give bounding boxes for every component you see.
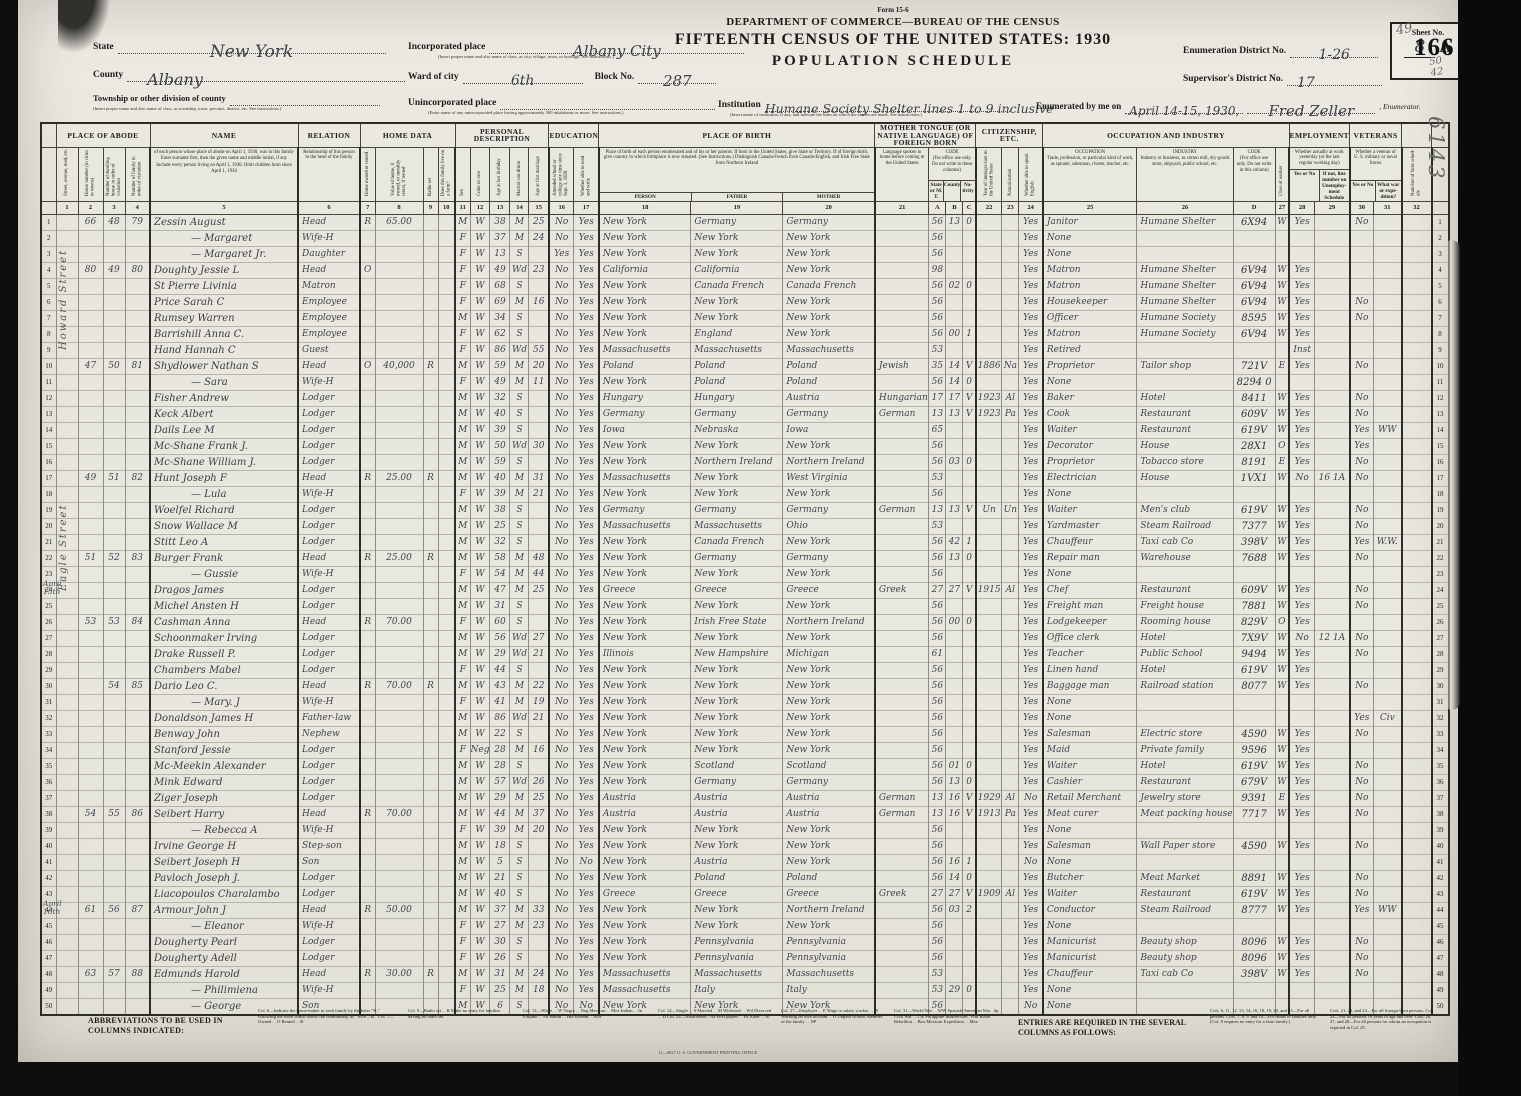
cell-mb: New York [783, 678, 875, 694]
unincorporated-note: (Enter name of any unincorporated place … [408, 110, 758, 115]
cell-v31 [1374, 918, 1402, 934]
cell-mb: Poland [783, 358, 875, 374]
cell-ca: 56 [929, 838, 946, 854]
cell-age: 21 [490, 870, 510, 886]
column-description-text: CODE(For office use only. Do not write i… [929, 149, 975, 176]
cell-race: W [470, 806, 490, 822]
cell-name: Fisher Andrew [150, 390, 298, 406]
cell-farm [438, 662, 455, 678]
cell-yr [976, 310, 1002, 326]
cell-pb: New York [599, 278, 691, 294]
cell-e28: Yes [1289, 742, 1315, 758]
cell-name: Irvine George H [150, 838, 298, 854]
cell-e28: Yes [1289, 310, 1315, 326]
cell-yr [976, 950, 1002, 966]
cell-fam [125, 790, 150, 806]
cell-yr [976, 982, 1002, 998]
column-description-text: Whether able to speak English [1025, 148, 1036, 196]
cell-radio [423, 214, 438, 230]
cell-age: 68 [490, 278, 510, 294]
cell-ca: 53 [929, 342, 946, 358]
cell-cls: W [1275, 646, 1289, 662]
table-row: 19Woelfel RichardLodgerMW38SNoYesGermany… [41, 502, 1449, 518]
cell-mb: New York [783, 838, 875, 854]
cell-sch: No [549, 518, 574, 534]
line-number: 7 [41, 310, 56, 326]
cell-ind [1137, 374, 1233, 390]
cell-ind: Humane Shelter [1137, 214, 1233, 230]
cell-cc [963, 966, 976, 982]
cell-val [375, 534, 423, 550]
line-number: 42 [41, 870, 56, 886]
cell-v31 [1374, 486, 1402, 502]
column-description: Number of family in order of visitation [125, 147, 150, 201]
cell-race: W [470, 470, 490, 486]
cell-mar: M [510, 806, 529, 822]
cell-afm: 20 [529, 822, 549, 838]
cell-house [78, 326, 103, 342]
cell-ind: Railroad station [1137, 678, 1233, 694]
cell-code: 6V94 [1233, 326, 1275, 342]
cell-own [360, 710, 375, 726]
cell-cc [963, 710, 976, 726]
cell-val [375, 374, 423, 390]
cell-code: 619V [1233, 662, 1275, 678]
cell-f32 [1402, 774, 1432, 790]
cell-yr [976, 678, 1002, 694]
cell-ind: Taxi cab Co [1137, 534, 1233, 550]
cell-nat [1002, 422, 1019, 438]
cell-fb: Pennsylvania [691, 950, 783, 966]
column-description-text: OCCUPATIONTrade, profession, or particul… [1044, 149, 1137, 170]
cell-fb: Canada French [691, 534, 783, 550]
cell-mb: Ohio [783, 518, 875, 534]
description-wrap: OCCUPATIONTrade, profession, or particul… [1044, 149, 1137, 201]
cell-radio [423, 726, 438, 742]
cell-fb: Germany [691, 550, 783, 566]
cell-mar: S [510, 950, 529, 966]
cell-fam [125, 278, 150, 294]
cell-afm [529, 854, 549, 870]
cell-fam [125, 950, 150, 966]
page-stamp-number: 166 [1414, 34, 1455, 62]
cell-e29: 12 1A [1315, 630, 1350, 646]
cell-eng: Yes [1019, 902, 1043, 918]
table-row: 6Price Sarah CEmployeeFW69M16NoYesNew Yo… [41, 294, 1449, 310]
cell-farm [438, 886, 455, 902]
cell-house [78, 774, 103, 790]
description-wrap: Place of birth of each person enumerated… [600, 149, 874, 201]
cell-f32 [1402, 854, 1432, 870]
cell-code: 7881 [1233, 598, 1275, 614]
cell-race: W [470, 502, 490, 518]
cell-age: 86 [490, 710, 510, 726]
cell-dw [103, 950, 125, 966]
cell-v31 [1374, 694, 1402, 710]
cell-cls: W [1275, 310, 1289, 326]
cell-cls [1275, 854, 1289, 870]
cell-age: 26 [490, 950, 510, 966]
cell-mb: New York [783, 742, 875, 758]
cell-farm [438, 278, 455, 294]
cell-farm [438, 502, 455, 518]
cell-v31 [1374, 870, 1402, 886]
cell-v30 [1350, 326, 1374, 342]
cell-pb: Massachusetts [599, 470, 691, 486]
description-header-row: Street, avenue, road, etc.House number (… [41, 147, 1449, 201]
cell-yr [976, 454, 1002, 470]
cell-afm: 30 [529, 438, 549, 454]
cell-farm [438, 790, 455, 806]
cell-age: 39 [490, 486, 510, 502]
cell-dw [103, 982, 125, 998]
enumerated-field: Enumerated by me on April 14-15, 1930, F… [1036, 96, 1420, 114]
cell-pb: Massachusetts [599, 982, 691, 998]
line-number: 11 [41, 374, 56, 390]
cell-cls: W [1275, 422, 1289, 438]
cell-cb [946, 630, 963, 646]
column-description: Place of birth of each person enumerated… [599, 147, 875, 201]
cell-sch: No [549, 422, 574, 438]
cell-fam [125, 758, 150, 774]
cell-mar: Wd [510, 438, 529, 454]
cell-own [360, 230, 375, 246]
cell-ca: 53 [929, 518, 946, 534]
cell-yr [976, 646, 1002, 662]
column-description-text: Num-ber of farm sched-ule [1411, 148, 1422, 196]
column-number [41, 201, 56, 214]
cell-fam [125, 886, 150, 902]
cell-pb: New York [599, 454, 691, 470]
cell-house [78, 342, 103, 358]
cell-own [360, 934, 375, 950]
cell-farm [438, 694, 455, 710]
cell-nat: Al [1002, 582, 1019, 598]
cell-dw [103, 278, 125, 294]
cell-v30 [1350, 694, 1374, 710]
cell-own: R [360, 806, 375, 822]
cell-eng: Yes [1019, 678, 1043, 694]
description-line: OCCUPATION [1046, 150, 1135, 156]
cell-afm: 24 [529, 230, 549, 246]
enumerated-label: Enumerated by me on [1036, 101, 1121, 111]
table-row: 26535384Cashman AnnaHeadR70.00FW60SNoYes… [41, 614, 1449, 630]
cell-race: W [470, 230, 490, 246]
description-line: Relationship of this person to the head … [301, 150, 357, 162]
group-header: HOME DATA [360, 123, 455, 147]
cell-ca: 56 [929, 822, 946, 838]
cell-cc [963, 822, 976, 838]
cell-e29 [1315, 822, 1350, 838]
cell-eng: Yes [1019, 230, 1043, 246]
cell-ca: 56 [929, 902, 946, 918]
cell-house [78, 246, 103, 262]
census-table-mount: PLACE OF ABODENAMERELATIONHOME DATAPERSO… [40, 122, 1450, 1016]
cell-mb: Poland [783, 870, 875, 886]
cell-farm [438, 838, 455, 854]
cell-cb: 00 [946, 614, 963, 630]
cell-eng: Yes [1019, 246, 1043, 262]
column-description: Naturalization [1002, 147, 1019, 201]
cell-dw [103, 294, 125, 310]
table-row: 21Stitt Leo ALodgerMW32SNoYesNew YorkCan… [41, 534, 1449, 550]
cell-v30: Yes [1350, 438, 1374, 454]
column-number: 17 [574, 201, 599, 214]
cell-e29 [1315, 694, 1350, 710]
cell-street [56, 774, 78, 790]
column-number: 6 [298, 201, 360, 214]
cell-occ: Chauffeur [1043, 534, 1137, 550]
cell-cls: W [1275, 278, 1289, 294]
cell-v30 [1350, 662, 1374, 678]
cell-cc: 0 [963, 758, 976, 774]
cell-name: Edmunds Harold [150, 966, 298, 982]
cell-e29 [1315, 262, 1350, 278]
cell-code: 6V94 [1233, 262, 1275, 278]
cell-own [360, 822, 375, 838]
description-line: (For office use only. Do not write in th… [1236, 156, 1273, 173]
cell-mb: Germany [783, 502, 875, 518]
cell-eng: Yes [1019, 582, 1043, 598]
cell-v31 [1374, 230, 1402, 246]
cell-name: Benway John [150, 726, 298, 742]
description-line: INDUSTRY [1139, 150, 1230, 156]
cell-race: W [470, 854, 490, 870]
cell-code [1233, 230, 1275, 246]
cell-val [375, 294, 423, 310]
cell-sex: M [455, 454, 470, 470]
line-number: 36 [1432, 774, 1449, 790]
cell-afm [529, 422, 549, 438]
cell-sex: M [455, 502, 470, 518]
cell-e29 [1315, 790, 1350, 806]
cell-code: 8096 [1233, 934, 1275, 950]
cell-e28: Inst [1289, 342, 1315, 358]
cell-race: W [470, 790, 490, 806]
cell-house [78, 422, 103, 438]
pencil-note: 49 [1395, 21, 1414, 39]
cell-rel: Head [298, 806, 360, 822]
cell-e29 [1315, 486, 1350, 502]
cell-street [56, 966, 78, 982]
cell-afm [529, 326, 549, 342]
line-number: 47 [41, 950, 56, 966]
column-description-text: Sex [460, 148, 466, 196]
cell-eng: No [1019, 854, 1043, 870]
cell-rel: Wife-H [298, 230, 360, 246]
cell-eng: Yes [1019, 726, 1043, 742]
cell-v30: No [1350, 214, 1374, 230]
group-header: RELATION [298, 123, 360, 147]
cell-name: — Margaret [150, 230, 298, 246]
cell-mb: New York [783, 822, 875, 838]
cell-v31 [1374, 326, 1402, 342]
cell-yr [976, 294, 1002, 310]
block-label: Block No. [595, 72, 635, 82]
cell-age: 28 [490, 758, 510, 774]
cell-rw: Yes [574, 646, 599, 662]
cell-farm [438, 742, 455, 758]
cell-e28: Yes [1289, 838, 1315, 854]
column-description: Whether actually at work yesterday (or t… [1289, 147, 1349, 201]
cell-eng: No [1019, 790, 1043, 806]
cell-nat [1002, 230, 1019, 246]
table-row: 40Irvine George HStep-sonMW18SNoYesNew Y… [41, 838, 1449, 854]
cell-occ: Waiter [1043, 758, 1137, 774]
cell-cls [1275, 982, 1289, 998]
cell-dw [103, 790, 125, 806]
cell-house [78, 854, 103, 870]
cell-name: Donaldson James H [150, 710, 298, 726]
cell-pb: New York [599, 230, 691, 246]
line-number: 45 [41, 918, 56, 934]
cell-house [78, 502, 103, 518]
line-number: 39 [1432, 822, 1449, 838]
cell-sch: No [549, 550, 574, 566]
line-number: 49 [41, 982, 56, 998]
cell-fam [125, 870, 150, 886]
cell-fb: Germany [691, 502, 783, 518]
cell-afm [529, 726, 549, 742]
cell-rw: Yes [574, 262, 599, 278]
cell-occ: Lodgekeeper [1043, 614, 1137, 630]
cell-dw [103, 534, 125, 550]
cell-pb: Massachusetts [599, 342, 691, 358]
cell-lang: Hungarian [875, 390, 929, 406]
cell-code: 679V [1233, 774, 1275, 790]
cell-house [78, 230, 103, 246]
cell-cls: W [1275, 870, 1289, 886]
cell-radio [423, 566, 438, 582]
line-number: 12 [41, 390, 56, 406]
table-row: 14Dails Lee MLodgerMW39SNoYesIowaNebrask… [41, 422, 1449, 438]
cell-lang [875, 902, 929, 918]
cell-e28: Yes [1289, 550, 1315, 566]
cell-nat [1002, 454, 1019, 470]
group-header: EMPLOYMENT [1289, 123, 1349, 147]
cell-street [56, 838, 78, 854]
cell-ind [1137, 918, 1233, 934]
ward-value: 6th [511, 73, 535, 89]
cell-age: 39 [490, 822, 510, 838]
cell-cc: 0 [963, 550, 976, 566]
cell-cc: 0 [963, 214, 976, 230]
column-description: Color or race [470, 147, 490, 201]
cell-mar: Wd [510, 646, 529, 662]
cell-nat [1002, 646, 1019, 662]
cell-fam [125, 566, 150, 582]
cell-sch: No [549, 470, 574, 486]
cell-cls: W [1275, 806, 1289, 822]
cell-nat: Pa [1002, 806, 1019, 822]
cell-age: 58 [490, 550, 510, 566]
line-number: 1 [1432, 214, 1449, 230]
cell-rel: Wife-H [298, 822, 360, 838]
cell-e28: Yes [1289, 358, 1315, 374]
line-number: 35 [41, 758, 56, 774]
cell-cls [1275, 694, 1289, 710]
cell-afm: 31 [529, 470, 549, 486]
cell-v30 [1350, 822, 1374, 838]
cell-street [56, 742, 78, 758]
cell-cls: W [1275, 390, 1289, 406]
cell-farm [438, 614, 455, 630]
cell-cls: W [1275, 326, 1289, 342]
cell-val: 40,000 [375, 358, 423, 374]
cell-dw [103, 918, 125, 934]
entries-required-block: Cols. 6, 11, 12, 13, 14, 16, 18, 19, 20,… [1210, 1008, 1322, 1025]
cell-cls: W [1275, 294, 1289, 310]
cell-nat [1002, 374, 1019, 390]
cell-pb: New York [599, 614, 691, 630]
table-row: 31— Mary. JWife-HFW41M19NoYesNew YorkNew… [41, 694, 1449, 710]
cell-e28: Yes [1289, 582, 1315, 598]
description-line: Include every person living on April 1, … [153, 163, 295, 175]
cell-ind: Men's club [1137, 502, 1233, 518]
cell-street [56, 662, 78, 678]
cell-nat [1002, 726, 1019, 742]
cell-cls: O [1275, 614, 1289, 630]
cell-fam: 88 [125, 966, 150, 982]
cell-eng: Yes [1019, 870, 1043, 886]
column-description: Attended school or college any time sinc… [549, 147, 574, 201]
cell-val: 25.00 [375, 470, 423, 486]
cell-mar: Wd [510, 710, 529, 726]
cell-sch: No [549, 790, 574, 806]
cell-v30: No [1350, 726, 1374, 742]
column-number: 26 [1137, 201, 1233, 214]
cell-cc [963, 246, 976, 262]
description-wrap: Relationship of this person to the head … [299, 149, 359, 201]
cell-sch: No [549, 310, 574, 326]
sub-column-labels: State or M. T.CountyNa-tivity [929, 180, 975, 201]
cell-street [56, 790, 78, 806]
cell-cc [963, 342, 976, 358]
sub-column-labels: PERSONFATHERMOTHER [600, 192, 874, 201]
cell-mar: Wd [510, 342, 529, 358]
cell-fb: Scotland [691, 758, 783, 774]
cell-occ: Repair man [1043, 550, 1137, 566]
group-header: NAME [150, 123, 298, 147]
cell-cb [946, 950, 963, 966]
cell-mar: S [510, 934, 529, 950]
cell-val [375, 662, 423, 678]
cell-code: 6V94 [1233, 278, 1275, 294]
description-wrap: INDUSTRYIndustry or business, as cotton … [1137, 149, 1232, 201]
street-name-label: Howard Street [58, 208, 69, 350]
cell-fb: New York [691, 742, 783, 758]
cell-dw [103, 422, 125, 438]
cell-f32 [1402, 790, 1432, 806]
cell-mar: M [510, 678, 529, 694]
cell-rel: Lodger [298, 870, 360, 886]
cell-code: 609V [1233, 406, 1275, 422]
cell-mar: S [510, 854, 529, 870]
cell-name: Stanford Jessie [150, 742, 298, 758]
cell-rel: Lodger [298, 454, 360, 470]
cell-fb: New York [691, 694, 783, 710]
line-number: 14 [41, 422, 56, 438]
cell-ind: Taxi cab Co [1137, 966, 1233, 982]
cell-ca: 56 [929, 598, 946, 614]
cell-sch: No [549, 758, 574, 774]
cell-own [360, 438, 375, 454]
cell-cls [1275, 566, 1289, 582]
group-header: MOTHER TONGUE (OR NATIVE LANGUAGE) OF FO… [875, 123, 976, 147]
cell-val [375, 646, 423, 662]
cell-ind: Meat Market [1137, 870, 1233, 886]
cell-sch: No [549, 678, 574, 694]
